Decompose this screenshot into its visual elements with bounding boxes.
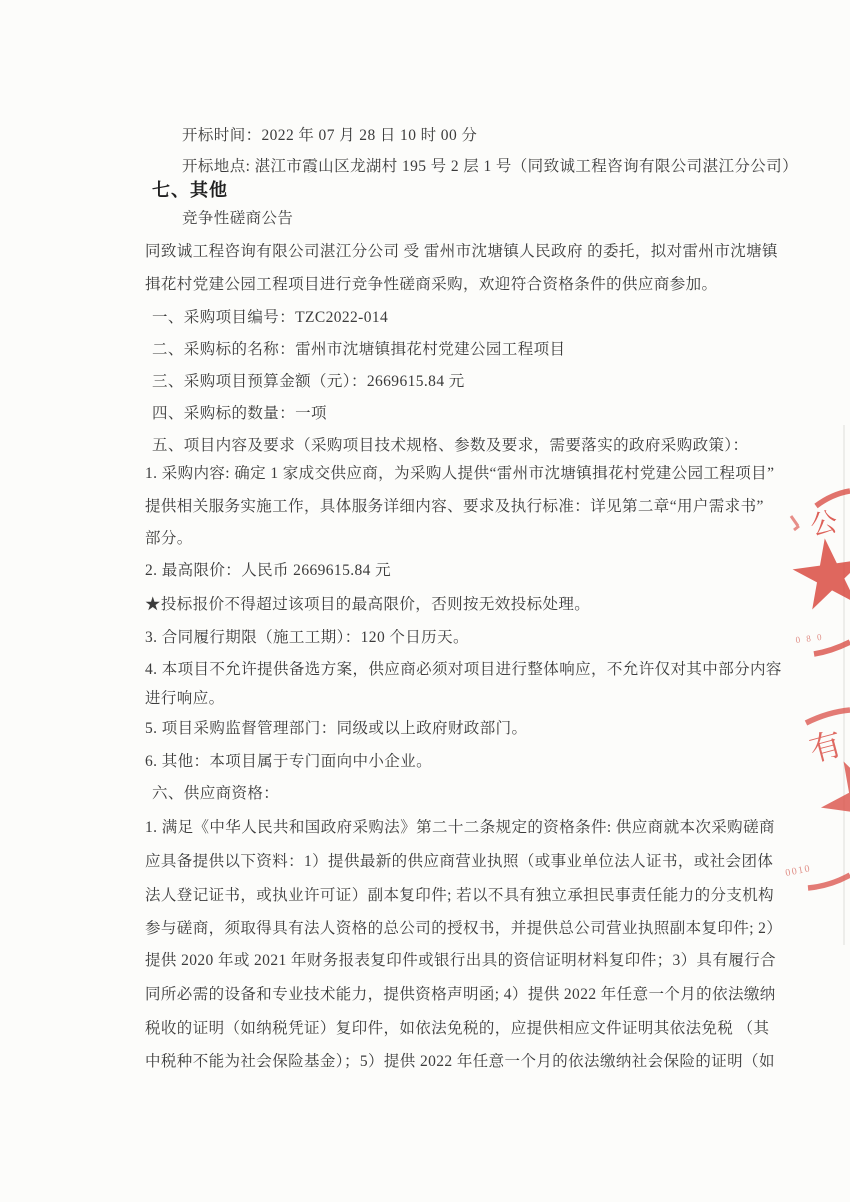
quantity-line: 四、采购标的数量：一项 xyxy=(152,403,327,425)
procurement-content-line-2: 提供相关服务实施工作，具体服务详细内容、要求及执行标准：详见第二章“用户需求书” xyxy=(145,496,764,518)
seal-ring-character: 公 xyxy=(808,507,840,541)
procurement-content-line-1: 1. 采购内容: 确定 1 家成交供应商，为采购人提供“雷州市沈塘镇揖花村党建公… xyxy=(145,463,774,485)
seal-ring-character: 有 xyxy=(806,725,846,768)
content-requirements-heading: 五、项目内容及要求（采购项目技术规格、参数及要求，需要落实的政府采购政策）： xyxy=(152,435,748,457)
qualification-line-8: 中税种不能为社会保险基金）；5）提供 2022 年任意一个月的依法缴纳社会保险的… xyxy=(145,1051,775,1073)
procurement-content-line-3: 部分。 xyxy=(145,528,193,550)
seal-bottom-arc xyxy=(814,642,850,654)
project-number-line: 一、采购项目编号：TZC2022-014 xyxy=(152,307,388,329)
seal-serial-digits: 0 8 0 xyxy=(795,632,824,645)
no-alternatives-line-1: 4. 本项目不允许提供备选方案，供应商必须对项目进行整体响应，不允许仅对其中部分… xyxy=(145,659,782,681)
section-seven-heading: 七、其他 xyxy=(152,179,228,201)
bid-opening-time-line: 开标时间：2022 年 07 月 28 日 10 时 00 分 xyxy=(182,125,477,147)
intro-paragraph-line-1: 同致诚工程咨询有限公司湛江分公司 受 雷州市沈塘镇人民政府 的委托，拟对雷州市沈… xyxy=(145,241,778,263)
seal-bottom-arc xyxy=(808,875,850,888)
qualification-line-7: 税收的证明（如纳税凭证）复印件，如依法免税的，应提供相应文件证明其依法免税 （其 xyxy=(145,1018,769,1040)
seal-partial-char-stroke xyxy=(791,516,799,530)
supplier-qualification-heading: 六、供应商资格： xyxy=(152,783,279,805)
seal-top-arc xyxy=(816,491,850,506)
contract-period-line: 3. 合同履行期限（施工工期）：120 个日历天。 xyxy=(145,627,469,649)
qualification-line-4: 参与磋商，须取得具有法人资格的总公司的授权书，并提供总公司营业执照副本复印件; … xyxy=(145,918,782,940)
qualification-line-5: 提供 2020 年或 2021 年财务报表复印件或银行出具的资信证明材料复印件；… xyxy=(145,950,776,972)
qualification-line-6: 同所必需的设备和专业技术能力，提供资格声明函; 4）提供 2022 年任意一个月… xyxy=(145,984,776,1006)
red-seal-fragment-upper: 公 0 8 0 xyxy=(788,480,850,665)
max-price-line: 2. 最高限价：人民币 2669615.84 元 xyxy=(145,560,391,582)
scanned-document-page: 开标时间：2022 年 07 月 28 日 10 时 00 分 开标地点: 湛江… xyxy=(0,0,850,1202)
seal-top-arc xyxy=(806,710,850,723)
star-note-line: ★投标报价不得超过该项目的最高限价，否则按无效投标处理。 xyxy=(145,594,590,616)
seal-star-icon xyxy=(788,534,850,617)
seal-serial-digits: 0010 xyxy=(784,863,812,879)
qualification-line-3: 法人登记证书，或执业许可证）副本复印件; 若以不具有独立承担民事责任能力的分支机… xyxy=(145,885,774,907)
announcement-title: 竞争性磋商公告 xyxy=(182,208,293,230)
project-name-line: 二、采购标的名称：雷州市沈塘镇揖花村党建公园工程项目 xyxy=(152,339,565,361)
seal-star-icon xyxy=(814,753,850,848)
supervision-department-line: 5. 项目采购监督管理部门：同级或以上政府财政部门。 xyxy=(145,718,527,740)
red-seal-fragment-lower: 有 0010 xyxy=(780,702,850,892)
bid-opening-place-line: 开标地点: 湛江市霞山区龙湖村 195 号 2 层 1 号（同致诚工程咨询有限公… xyxy=(182,156,798,178)
qualification-line-2: 应具备提供以下资料：1）提供最新的供应商营业执照（或事业单位法人证书，或社会团体 xyxy=(145,851,773,873)
intro-paragraph-line-2: 揖花村党建公园工程项目进行竞争性磋商采购，欢迎符合资格条件的供应商参加。 xyxy=(145,274,717,296)
qualification-line-1: 1. 满足《中华人民共和国政府采购法》第二十二条规定的资格条件: 供应商就本次采… xyxy=(145,817,775,839)
no-alternatives-line-2: 进行响应。 xyxy=(145,688,225,710)
budget-amount-line: 三、采购项目预算金额（元）：2669615.84 元 xyxy=(152,371,465,393)
sme-note-line: 6. 其他：本项目属于专门面向中小企业。 xyxy=(145,751,432,773)
